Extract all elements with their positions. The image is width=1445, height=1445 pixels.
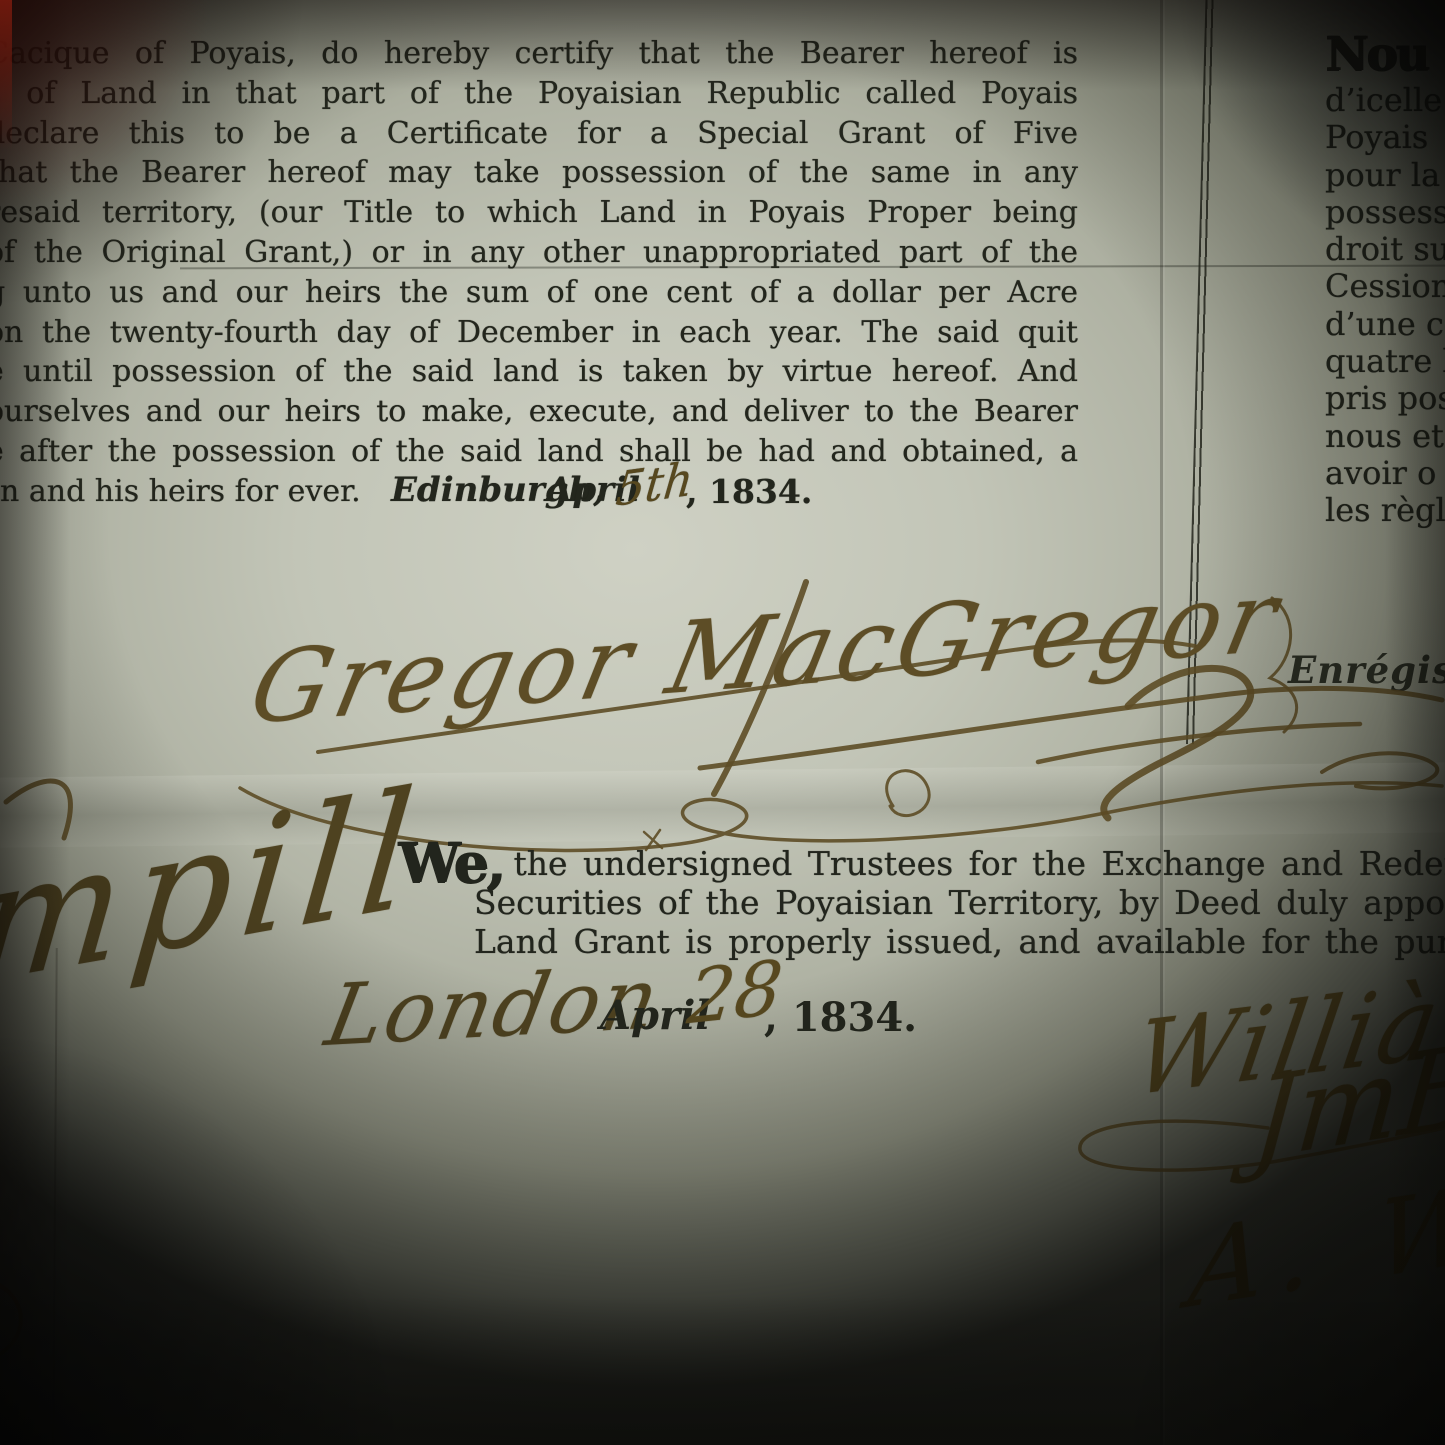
grant-line: that the Bearer hereof may take possessi… <box>0 153 1078 193</box>
french-line: Poyais <box>1325 119 1445 156</box>
vertical-fold-crease <box>1160 0 1163 1445</box>
french-line: Cession <box>1325 268 1445 305</box>
french-line: d’icelle <box>1325 82 1445 119</box>
french-line: les règle <box>1325 492 1445 529</box>
french-line: avoir o <box>1325 455 1445 492</box>
french-line: pris pos <box>1325 380 1445 417</box>
trustees-attestation: We,the undersigned Trustees for the Exch… <box>398 842 1445 961</box>
french-line: d’une ce <box>1325 306 1445 343</box>
french-opening-word: Nou <box>1325 30 1445 82</box>
attestation-line-text: the undersigned Trustees for the Exchang… <box>513 844 1445 883</box>
attestation-line: We,the undersigned Trustees for the Exch… <box>398 842 1445 884</box>
french-line: quatre l <box>1325 343 1445 380</box>
grant-line: e after the possession of the said land … <box>0 432 1078 472</box>
grant-line: resaid territory, (our Title to which La… <box>0 193 1078 233</box>
grant-line: on the twenty-fourth day of December in … <box>0 313 1078 353</box>
grant-closing-line: n and his heirs for ever. Edinburgh, Apr… <box>0 472 1078 512</box>
london-year-printed: , 1834. <box>764 994 917 1041</box>
grant-line: e until possession of the said land is t… <box>0 352 1078 392</box>
document-photo: Cacique of Poyais, do hereby certify tha… <box>0 0 1445 1445</box>
dateline-day-handwritten: 5th <box>614 458 695 510</box>
grant-line: s of Land in that part of the Poyaisian … <box>0 74 1078 114</box>
grant-line: Cacique of Poyais, do hereby certify tha… <box>0 34 1078 74</box>
grant-closing-text: n and his heirs for ever. <box>0 472 361 512</box>
french-line: possessi <box>1325 194 1445 231</box>
dateline-year: , 1834. <box>686 472 812 512</box>
grant-line: declare this to be a Certificate for a S… <box>0 114 1078 154</box>
grant-line: ourselves and our heirs to make, execute… <box>0 392 1078 432</box>
attestation-line: Securities of the Poyaisian Territory, b… <box>474 884 1445 923</box>
french-line: pour la <box>1325 157 1445 194</box>
english-grant-paragraph: Cacique of Poyais, do hereby certify tha… <box>0 34 1078 512</box>
grant-line: of the Original Grant,) or in any other … <box>0 233 1078 273</box>
french-line: nous et <box>1325 418 1445 455</box>
french-grant-column: Nou d’icelle Poyais pour la possessi dro… <box>1325 30 1445 530</box>
grant-line: g unto us and our heirs the sum of one c… <box>0 273 1078 313</box>
french-line: droit su <box>1325 231 1445 268</box>
french-registered-label: Enrégis <box>1288 648 1445 692</box>
